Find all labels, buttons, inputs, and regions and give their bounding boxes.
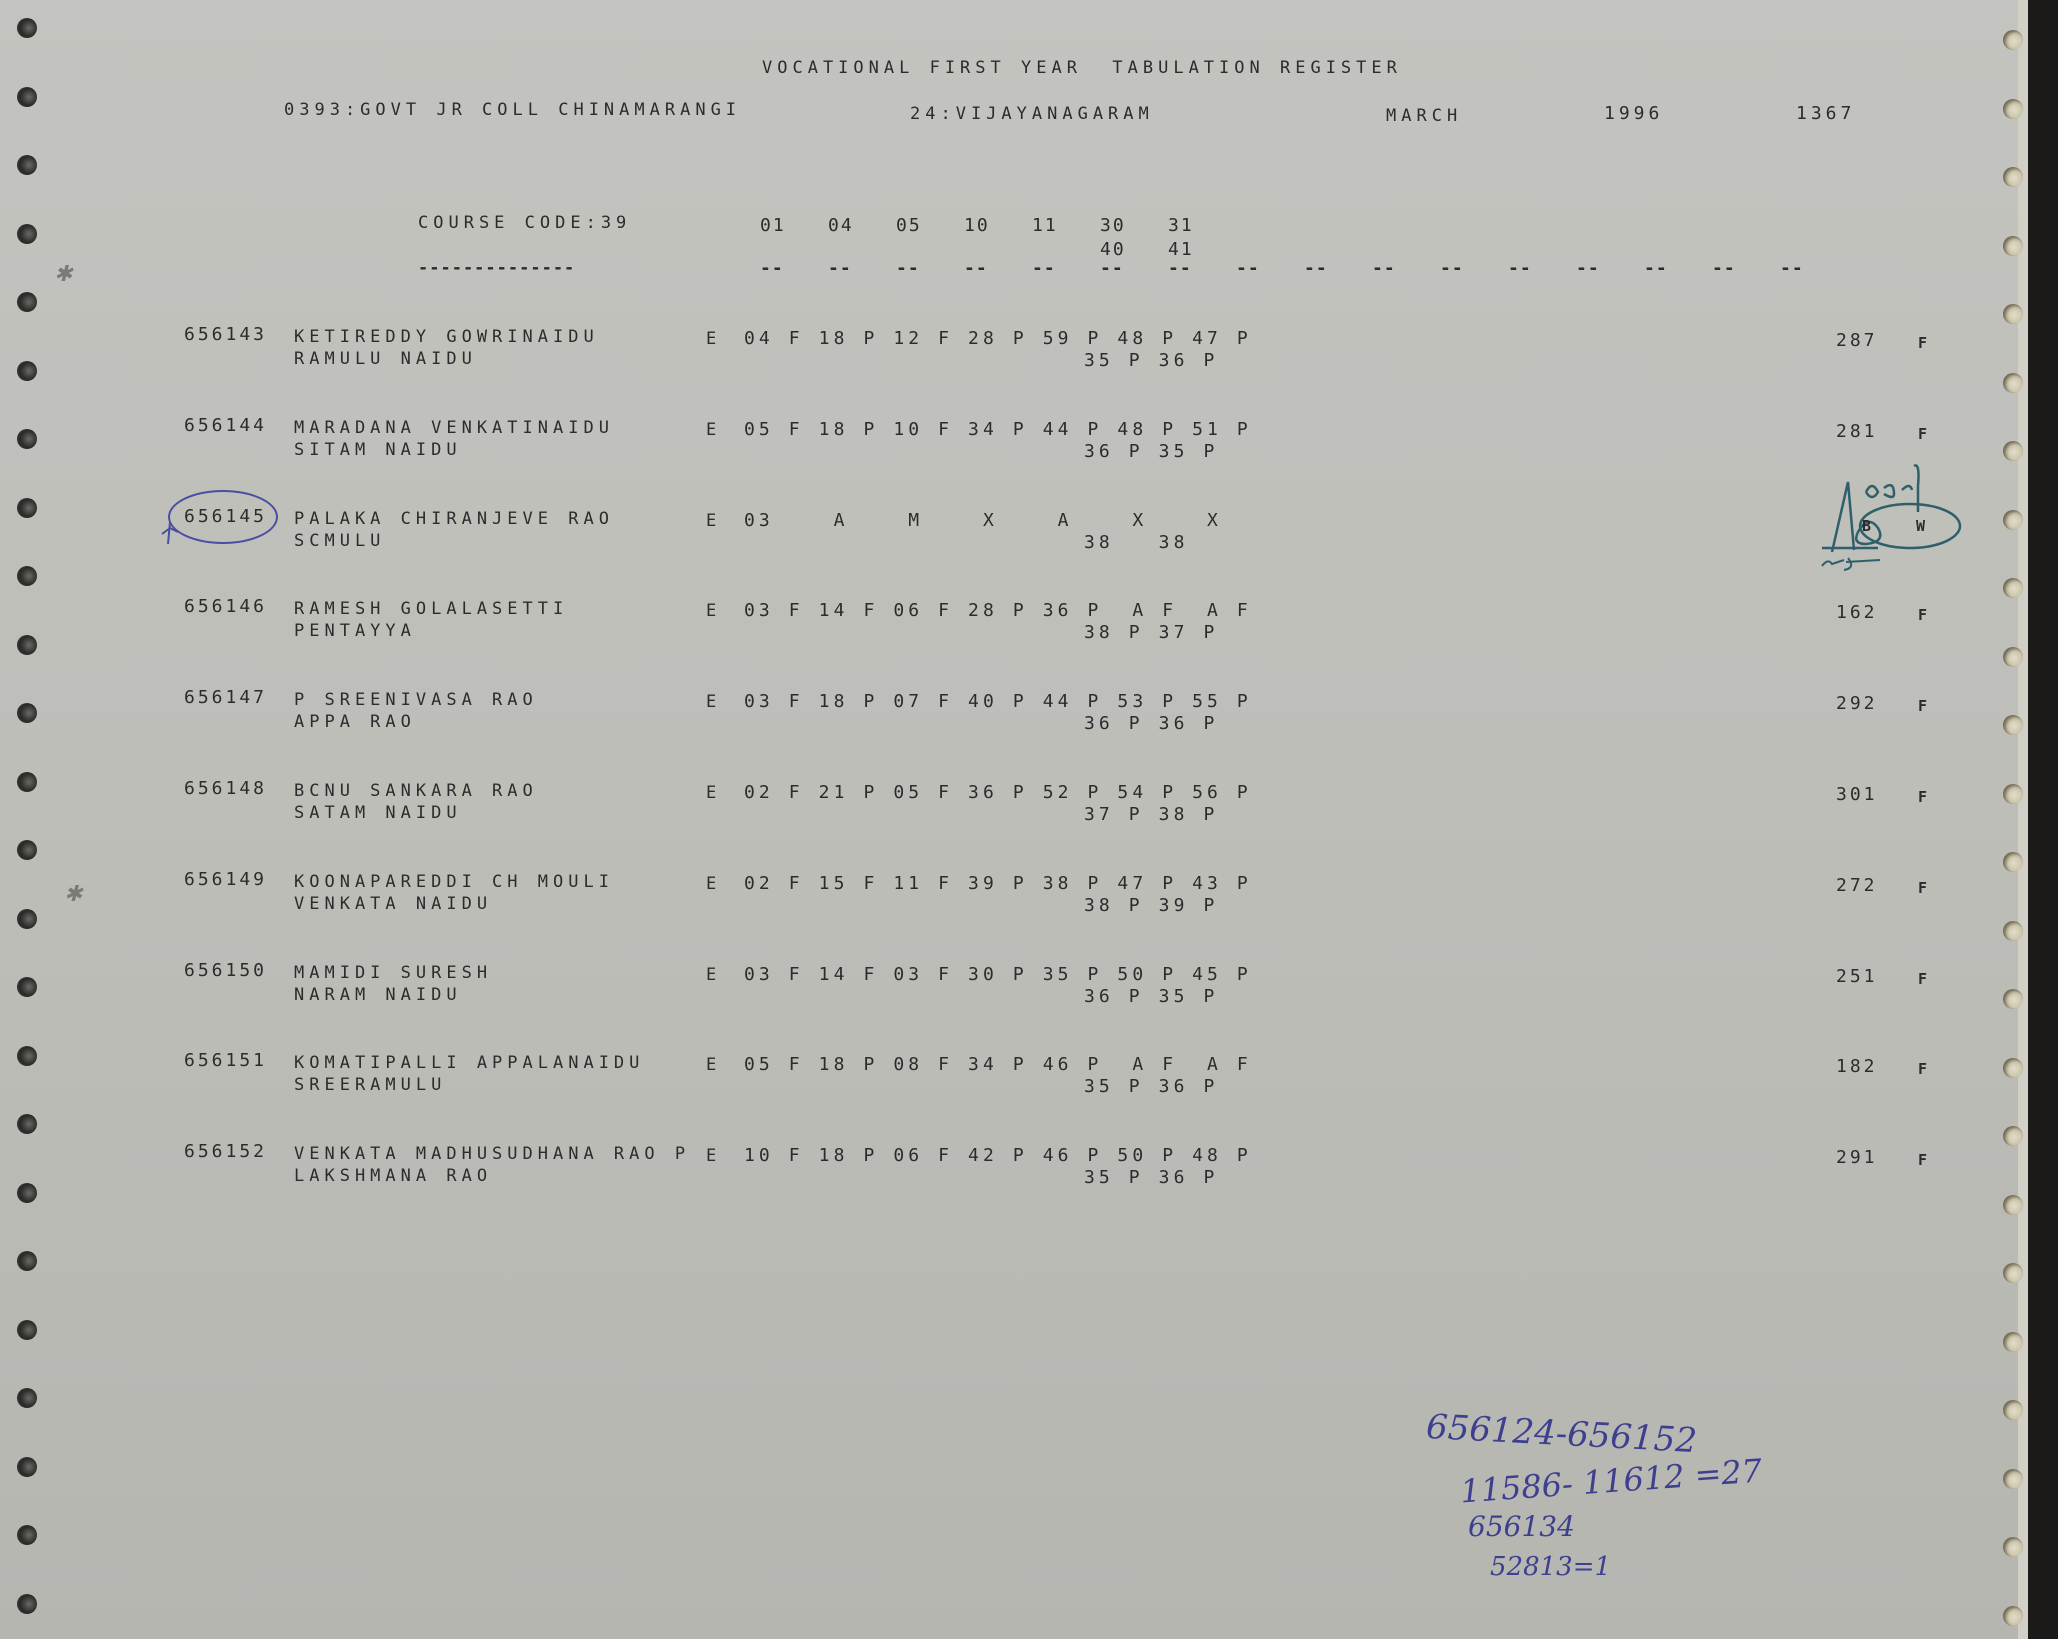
course-code-label: COURSE CODE:39 — [418, 213, 631, 233]
subject-code: 31 — [1168, 216, 1194, 236]
marks-secondary: 37 P 38 P — [1084, 805, 1218, 825]
feed-hole — [2003, 989, 2023, 1009]
feed-hole — [17, 292, 37, 312]
student-name: PALAKA CHIRANJEVE RAO — [294, 509, 614, 529]
feed-hole — [17, 87, 37, 107]
feed-hole — [2003, 852, 2023, 872]
marks-primary: 05 F 18 P 10 F 34 P 44 P 48 P 51 P — [744, 420, 1252, 440]
feed-hole — [17, 635, 37, 655]
total-marks: 287 — [1836, 331, 1878, 351]
marks-primary: 03 F 18 P 07 F 40 P 44 P 53 P 55 P — [744, 692, 1252, 712]
handwritten-roll-note: 656134 — [1468, 1510, 1575, 1543]
father-name: RAMULU NAIDU — [294, 349, 477, 369]
subject-code-secondary: 40 — [1100, 240, 1126, 260]
feed-hole — [17, 361, 37, 381]
feed-hole — [17, 840, 37, 860]
total-marks: 251 — [1836, 967, 1878, 987]
result-status: F — [1918, 424, 1932, 444]
feed-hole — [2003, 1469, 2023, 1489]
total-marks: 291 — [1836, 1148, 1878, 1168]
column-dash: -- — [1032, 258, 1056, 279]
feed-hole — [2003, 1058, 2023, 1078]
marks-primary: 05 F 18 P 08 F 34 P 46 P A F A F — [744, 1055, 1252, 1075]
feed-hole — [2003, 578, 2023, 598]
column-dash: -- — [1780, 258, 1804, 279]
feed-hole — [2003, 30, 2023, 50]
result-status: F — [1918, 878, 1932, 898]
total-marks: 281 — [1836, 422, 1878, 442]
marks-secondary: 36 P 35 P — [1084, 987, 1218, 1007]
column-dash: -- — [1712, 258, 1736, 279]
column-dash: -- — [1372, 258, 1396, 279]
student-name: KOONAPAREDDI CH MOULI — [294, 872, 614, 892]
signature-annotation — [1818, 462, 1968, 572]
subject-code: 10 — [964, 216, 990, 236]
marks-primary: 03 A M X A X X — [744, 511, 1222, 531]
feed-hole — [2003, 99, 2023, 119]
medium-code: E — [706, 783, 721, 803]
feed-hole — [17, 18, 37, 38]
course-code-underline: -------------- — [418, 258, 575, 278]
result-status: F — [1918, 787, 1932, 807]
marks-secondary: 35 P 36 P — [1084, 351, 1218, 371]
total-marks: 182 — [1836, 1057, 1878, 1077]
total-marks: 272 — [1836, 876, 1878, 896]
exam-year: 1996 — [1604, 104, 1663, 124]
result-status: F — [1918, 333, 1932, 353]
marks-primary: 02 F 15 F 11 F 39 P 38 P 47 P 43 P — [744, 874, 1252, 894]
column-dash: -- — [1440, 258, 1464, 279]
stamp-letter-b: B — [1862, 516, 1876, 536]
father-name: SATAM NAIDU — [294, 803, 462, 823]
father-name: LAKSHMANA RAO — [294, 1166, 492, 1186]
margin-mark: ✱ — [54, 262, 72, 287]
feed-hole — [17, 1525, 37, 1545]
medium-code: E — [706, 1055, 721, 1075]
father-name: SREERAMULU — [294, 1075, 446, 1095]
subject-code: 05 — [896, 216, 922, 236]
medium-code: E — [706, 692, 721, 712]
roll-number: 656148 — [184, 779, 267, 799]
column-dash: -- — [1304, 258, 1328, 279]
feed-hole — [17, 1046, 37, 1066]
roll-number: 656149 — [184, 870, 267, 890]
medium-code: E — [706, 965, 721, 985]
feed-hole — [2003, 1606, 2023, 1626]
district-name: 24:VIJAYANAGARAM — [910, 104, 1154, 124]
marks-secondary: 38 38 — [1084, 533, 1189, 553]
marks-secondary: 35 P 36 P — [1084, 1168, 1218, 1188]
subject-code: 04 — [828, 216, 854, 236]
feed-hole — [2003, 304, 2023, 324]
roll-number: 656147 — [184, 688, 267, 708]
feed-hole — [2003, 921, 2023, 941]
total-marks: 162 — [1836, 603, 1878, 623]
medium-code: E — [706, 1146, 721, 1166]
marks-secondary: 36 P 36 P — [1084, 714, 1218, 734]
column-dash: -- — [1576, 258, 1600, 279]
feed-hole — [2003, 1126, 2023, 1146]
feed-hole — [2003, 647, 2023, 667]
feed-hole — [17, 1183, 37, 1203]
column-dash: -- — [896, 258, 920, 279]
feed-hole — [2003, 1400, 2023, 1420]
feed-hole — [2003, 167, 2023, 187]
feed-hole — [17, 224, 37, 244]
feed-hole — [17, 429, 37, 449]
feed-hole — [2003, 1195, 2023, 1215]
roll-number: 656151 — [184, 1051, 267, 1071]
feed-hole — [17, 1114, 37, 1134]
feed-hole — [17, 1457, 37, 1477]
feed-hole — [2003, 715, 2023, 735]
feed-hole — [17, 909, 37, 929]
column-dash: -- — [1508, 258, 1532, 279]
feed-hole — [17, 155, 37, 175]
marks-primary: 10 F 18 P 06 F 42 P 46 P 50 P 48 P — [744, 1146, 1252, 1166]
student-name: BCNU SANKARA RAO — [294, 781, 538, 801]
column-dash: -- — [1168, 258, 1192, 279]
margin-mark: ✱ — [64, 882, 82, 907]
roll-number: 656143 — [184, 325, 267, 345]
feed-hole — [2003, 236, 2023, 256]
student-name: KOMATIPALLI APPALANAIDU — [294, 1053, 644, 1073]
pen-arrow-mark — [160, 518, 190, 548]
result-status: F — [1918, 696, 1932, 716]
feed-hole — [2003, 441, 2023, 461]
marks-primary: 03 F 14 F 06 F 28 P 36 P A F A F — [744, 601, 1252, 621]
student-name: P SREENIVASA RAO — [294, 690, 538, 710]
medium-code: E — [706, 329, 721, 349]
result-status: F — [1918, 969, 1932, 989]
total-marks: 292 — [1836, 694, 1878, 714]
feed-hole — [2003, 784, 2023, 804]
feed-hole — [17, 977, 37, 997]
student-name: RAMESH GOLALASETTI — [294, 599, 568, 619]
marks-secondary: 36 P 35 P — [1084, 442, 1218, 462]
feed-hole — [17, 1251, 37, 1271]
exam-month: MARCH — [1386, 106, 1462, 126]
feed-hole — [17, 1388, 37, 1408]
father-name: NARAM NAIDU — [294, 985, 462, 1005]
medium-code: E — [706, 511, 721, 531]
feed-hole — [17, 566, 37, 586]
feed-hole — [2003, 510, 2023, 530]
student-name: VENKATA MADHUSUDHANA RAO P — [294, 1144, 690, 1164]
feed-hole — [17, 703, 37, 723]
roll-number: 656152 — [184, 1142, 267, 1162]
roll-number: 656146 — [184, 597, 267, 617]
stamp-letter-w: W — [1916, 516, 1930, 536]
medium-code: E — [706, 601, 721, 621]
column-dash: -- — [760, 258, 784, 279]
feed-hole — [2003, 373, 2023, 393]
result-status: F — [1918, 1150, 1932, 1170]
father-name: APPA RAO — [294, 712, 416, 732]
result-status: F — [1918, 605, 1932, 625]
father-name: VENKATA NAIDU — [294, 894, 492, 914]
subject-code: 30 — [1100, 216, 1126, 236]
page-number: 1367 — [1796, 104, 1855, 124]
marks-secondary: 38 P 39 P — [1084, 896, 1218, 916]
medium-code: E — [706, 420, 721, 440]
subject-code-secondary: 41 — [1168, 240, 1194, 260]
marks-primary: 03 F 14 F 03 F 30 P 35 P 50 P 45 P — [744, 965, 1252, 985]
result-status: F — [1918, 1059, 1932, 1079]
column-dash: -- — [1100, 258, 1124, 279]
feed-hole — [2003, 1332, 2023, 1352]
student-name: KETIREDDY GOWRINAIDU — [294, 327, 599, 347]
handwritten-count-note: 52813=1 — [1490, 1552, 1611, 1582]
column-dash: -- — [1236, 258, 1260, 279]
father-name: SITAM NAIDU — [294, 440, 462, 460]
father-name: SCMULU — [294, 531, 385, 551]
marks-primary: 02 F 21 P 05 F 36 P 52 P 54 P 56 P — [744, 783, 1252, 803]
roll-number: 656144 — [184, 416, 267, 436]
marks-secondary: 35 P 36 P — [1084, 1077, 1218, 1097]
subject-code: 11 — [1032, 216, 1058, 236]
medium-code: E — [706, 874, 721, 894]
marks-primary: 04 F 18 P 12 F 28 P 59 P 48 P 47 P — [744, 329, 1252, 349]
feed-hole — [17, 772, 37, 792]
total-marks: 301 — [1836, 785, 1878, 805]
column-dash: -- — [964, 258, 988, 279]
feed-hole — [17, 1594, 37, 1614]
column-dash: -- — [1644, 258, 1668, 279]
student-name: MAMIDI SURESH — [294, 963, 492, 983]
marks-secondary: 38 P 37 P — [1084, 623, 1218, 643]
student-name: MARADANA VENKATINAIDU — [294, 418, 614, 438]
father-name: PENTAYYA — [294, 621, 416, 641]
subject-code: 01 — [760, 216, 786, 236]
feed-hole — [2003, 1537, 2023, 1557]
roll-number: 656150 — [184, 961, 267, 981]
column-dash: -- — [828, 258, 852, 279]
feed-hole — [2003, 1263, 2023, 1283]
college-name: 0393:GOVT JR COLL CHINAMARANGI — [284, 100, 741, 120]
register-title: VOCATIONAL FIRST YEAR TABULATION REGISTE… — [762, 58, 1402, 78]
background-edge — [2028, 0, 2058, 1639]
feed-hole — [17, 498, 37, 518]
feed-hole — [17, 1320, 37, 1340]
